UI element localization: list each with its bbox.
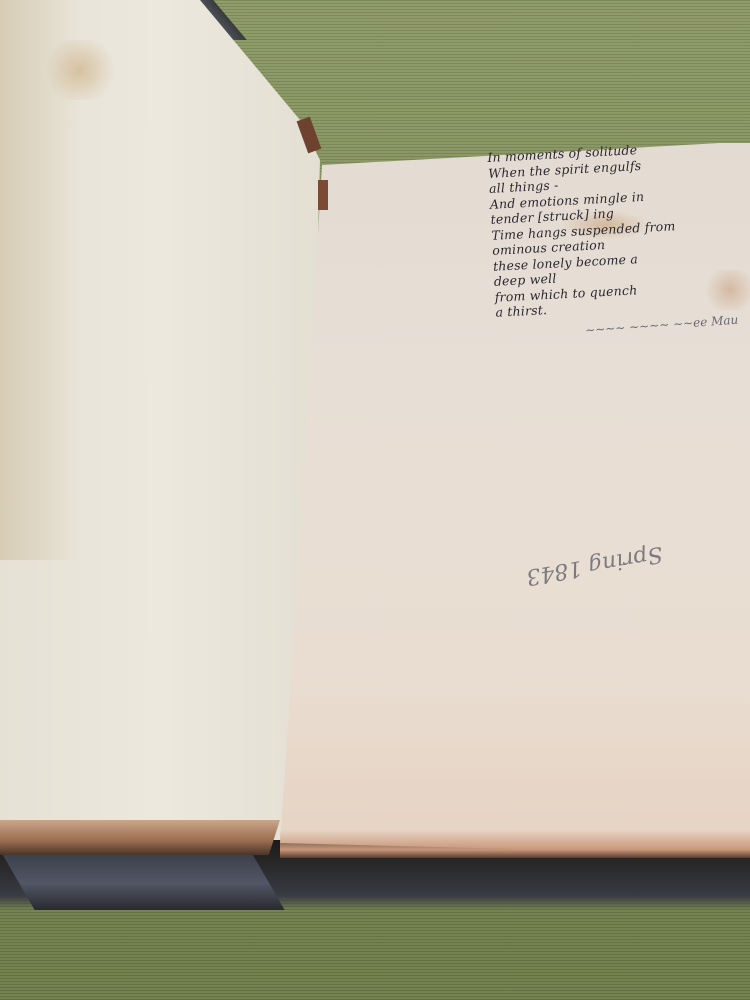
left-page-edge	[0, 820, 280, 855]
book-cover-corner	[0, 850, 285, 910]
leather-tab	[318, 180, 328, 210]
left-page-stain	[40, 40, 120, 100]
right-page-edge	[280, 830, 750, 858]
handwritten-poem: In moments of solitude When the spirit e…	[487, 136, 750, 320]
